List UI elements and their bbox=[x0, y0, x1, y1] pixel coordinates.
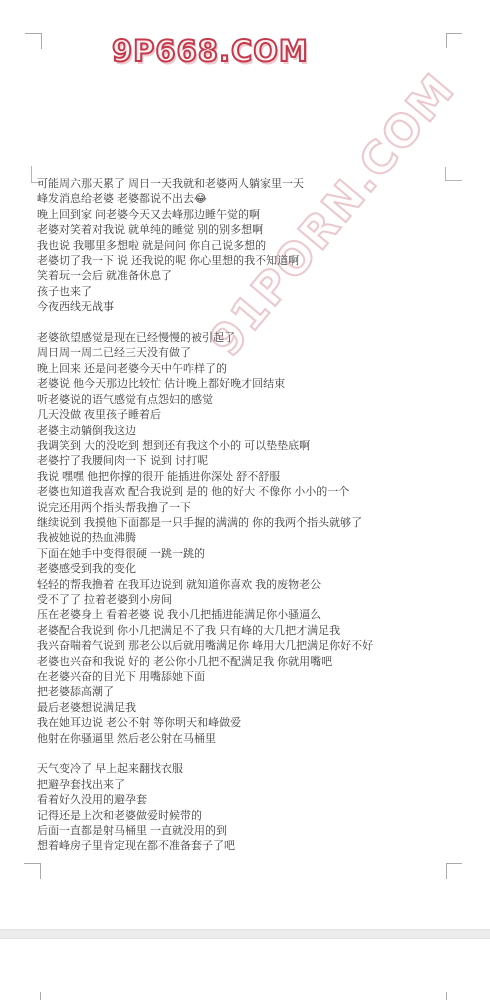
text-line: 在老婆兴奋的目光下 用嘴舔她下面 bbox=[37, 670, 465, 685]
text-line: 老婆也知道我喜欢 配合我说到 是的 他的好大 不像你 小小的一个 bbox=[37, 485, 465, 500]
text-line: 老婆对笑着对我说 就单纯的睡觉 别的别多想啊 bbox=[37, 223, 465, 238]
text-line: 他射在你骚逼里 然后老公射在马桶里 bbox=[37, 732, 465, 747]
crop-mark-next-page-right bbox=[446, 992, 448, 1000]
text-line: 我被她说的热血沸腾 bbox=[37, 531, 465, 546]
text-line: 老婆切了我一下 说 还我说的呢 你心里想的我不知道啊 bbox=[37, 254, 465, 269]
text-line: 轻轻的帮我撸着 在我耳边说到 就知道你喜欢 我的废物老公 bbox=[37, 578, 465, 593]
text-line: 老婆也兴奋和我说 好的 老公你小几把不配满足我 你就用嘴吧 bbox=[37, 655, 465, 670]
text-line: 我也说 我哪里多想啦 就是问问 你自己说多想的 bbox=[37, 239, 465, 254]
crop-mark-top-left bbox=[25, 33, 42, 49]
document-body: 可能周六那天累了 周日一天我就和老婆两人躺家里一天峰发消息给老婆 老婆都说不出去… bbox=[37, 177, 465, 855]
text-line: 受不了了 拉着老婆到小房间 bbox=[37, 593, 465, 608]
text-line: 最后老婆想说满足我 bbox=[37, 701, 465, 716]
text-line: 我调笑到 大的没吃到 想到还有我这个小的 可以垫垫底啊 bbox=[37, 439, 465, 454]
text-line: 我在她耳边说 老公不射 等你明天和峰做爱 bbox=[37, 716, 465, 731]
text-line bbox=[37, 316, 465, 331]
crop-mark-bottom-left bbox=[24, 863, 41, 879]
text-line: 老婆感受到我的变化 bbox=[37, 562, 465, 577]
text-line: 天气变冷了 早上起来翻找衣服 bbox=[37, 762, 465, 777]
text-line: 下面在她手中变得很硬 一跳一跳的 bbox=[37, 547, 465, 562]
text-line: 周日周一周二已经三天没有做了 bbox=[37, 346, 465, 361]
text-line: 几天没做 夜里孩子睡着后 bbox=[37, 408, 465, 423]
text-line: 老婆配合我说到 你小几把满足不了我 只有峰的大几把才满足我 bbox=[37, 624, 465, 639]
text-line: 晚上回到家 问老婆今天又去峰那边睡午觉的啊 bbox=[37, 208, 465, 223]
text-line: 晚上回来 还是问老婆今天中午咋样了的 bbox=[37, 362, 465, 377]
text-line: 孩子也来了 bbox=[37, 285, 465, 300]
text-line: 压在老婆身上 看着老婆 说 我小几把插进能满足你小骚逼么 bbox=[37, 608, 465, 623]
text-line: 把避孕套找出来了 bbox=[37, 778, 465, 793]
text-line: 我兴奋喘着气说到 那老公以后就用嘴满足你 峰用大几把满足你好不好 bbox=[37, 639, 465, 654]
site-watermark-top: 9P668.COM bbox=[112, 34, 309, 68]
crop-mark-bottom-right bbox=[446, 863, 462, 879]
crop-mark-top-right bbox=[446, 33, 462, 48]
page-separator bbox=[0, 929, 490, 939]
text-line: 老婆拧了我腰间肉一下 说到 讨打呢 bbox=[37, 454, 465, 469]
text-line: 记得还是上次和老婆做爱时候带的 bbox=[37, 809, 465, 824]
text-line: 峰发消息给老婆 老婆都说不出去😂 bbox=[37, 192, 465, 207]
text-line: 老婆主动躺倒我这边 bbox=[37, 424, 465, 439]
text-line: 今夜西线无战事 bbox=[37, 300, 465, 315]
text-line: 笑着玩一会后 就准备休息了 bbox=[37, 269, 465, 284]
crop-mark-next-page-left bbox=[40, 992, 42, 1000]
text-line: 可能周六那天累了 周日一天我就和老婆两人躺家里一天 bbox=[37, 177, 465, 192]
text-line: 老婆说 他今天那边比较忙 估计晚上都好晚才回结束 bbox=[37, 377, 465, 392]
text-line: 听老婆说的语气感觉有点怨妇的感觉 bbox=[37, 393, 465, 408]
text-line: 老婆欲望感觉是现在已经慢慢的被引起了 bbox=[37, 331, 465, 346]
text-line: 后面一直都是射马桶里 一直就没用的到 bbox=[37, 824, 465, 839]
text-line: 想着峰房子里肯定现在都不准备套子了吧 bbox=[37, 839, 465, 854]
text-line: 把老婆舔高潮了 bbox=[37, 685, 465, 700]
text-line bbox=[37, 747, 465, 762]
text-line: 我说 嘿嘿 他把你撑的很开 能插进你深处 舒不舒服 bbox=[37, 470, 465, 485]
text-line: 继续说到 我摸他下面都是一只手握的满满的 你的我两个指头就够了 bbox=[37, 516, 465, 531]
document-page: 9P668.COM 91PORN.COM 可能周六那天累了 周日一天我就和老婆两… bbox=[0, 0, 490, 1000]
text-line: 看着好久没用的避孕套 bbox=[37, 793, 465, 808]
text-line: 说完还用两个指头帮我撸了一下 bbox=[37, 501, 465, 516]
